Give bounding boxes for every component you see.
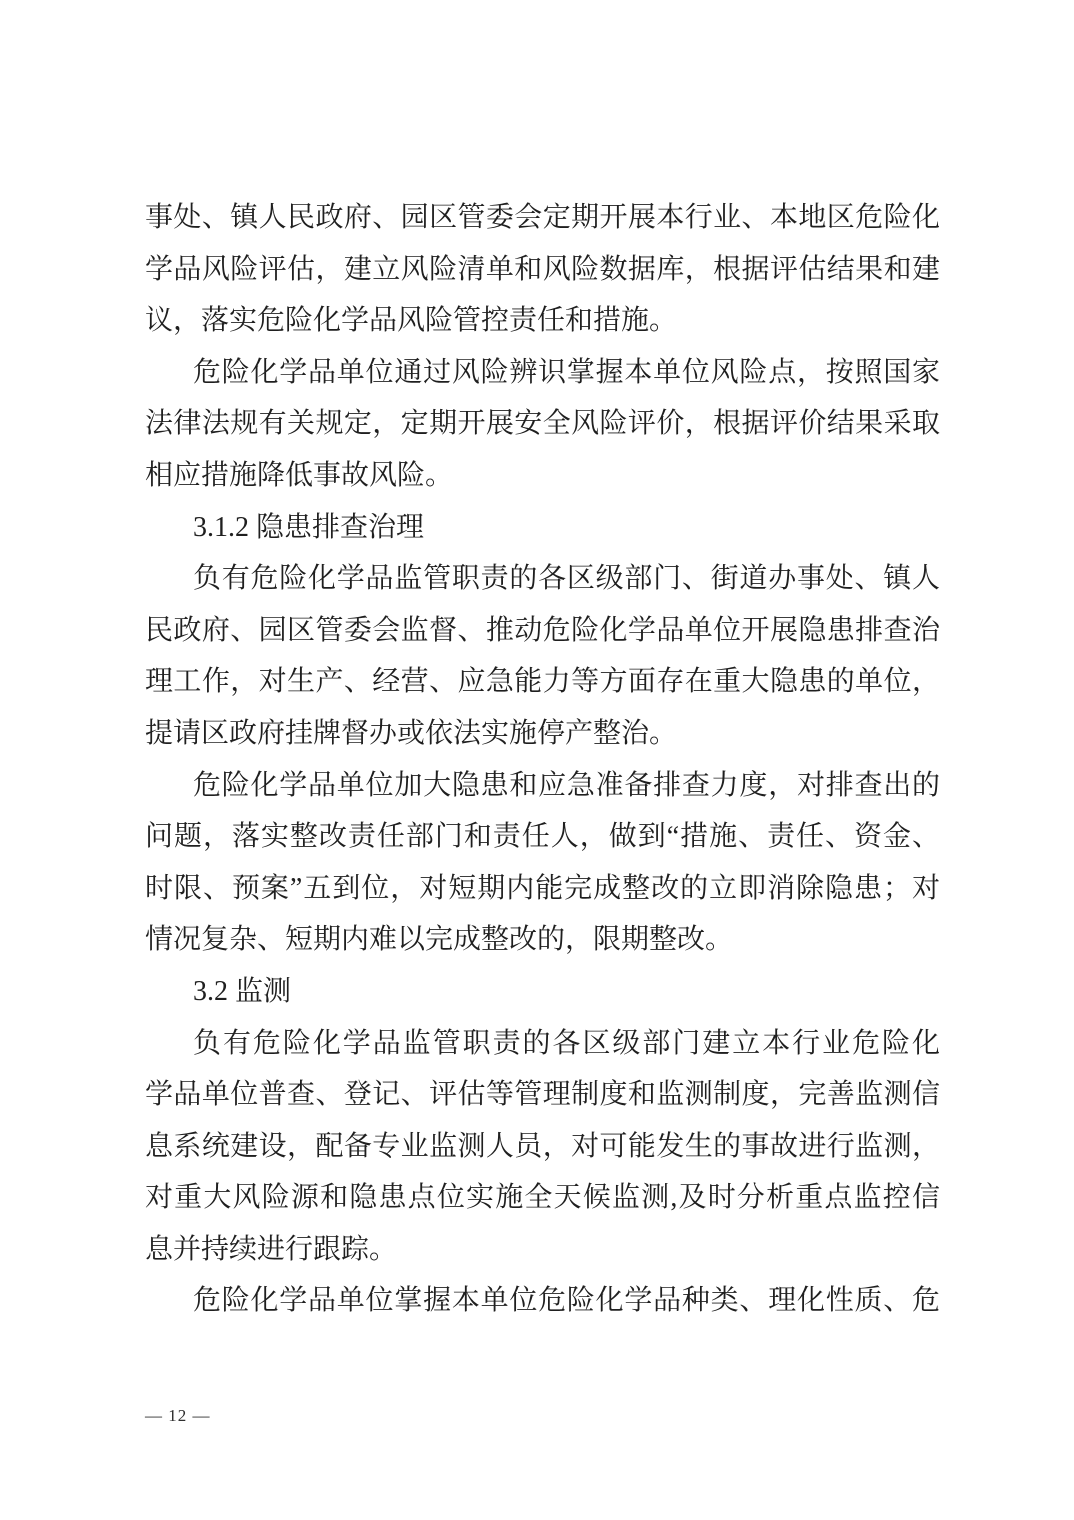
text-line: 情况复杂、短期内难以完成整改的，限期整改。 <box>145 914 940 966</box>
text-line: 事处、镇人民政府、园区管委会定期开展本行业、本地区危险化 <box>145 192 940 244</box>
text-line: 对重大风险源和隐患点位实施全天候监测,及时分析重点监控信 <box>145 1172 940 1224</box>
text-line: 危险化学品单位通过风险辨识掌握本单位风险点，按照国家 <box>145 347 940 399</box>
text-line: 法律法规有关规定，定期开展安全风险评价，根据评价结果采取 <box>145 398 940 450</box>
text-block: 事处、镇人民政府、园区管委会定期开展本行业、本地区危险化 学品风险评估，建立风险… <box>145 192 940 1327</box>
page-number: — 12 — <box>145 1404 211 1428</box>
text-line: 负有危险化学品监管职责的各区级部门、街道办事处、镇人 <box>145 553 940 605</box>
text-line: 负有危险化学品监管职责的各区级部门建立本行业危险化 <box>145 1018 940 1070</box>
heading-3-2: 3.2 监测 <box>145 966 940 1018</box>
text-line: 息并持续进行跟踪。 <box>145 1224 940 1276</box>
text-line: 提请区政府挂牌督办或依法实施停产整治。 <box>145 708 940 760</box>
text-line: 息系统建设，配备专业监测人员，对可能发生的事故进行监测， <box>145 1121 940 1173</box>
heading-3-1-2: 3.1.2 隐患排查治理 <box>145 502 940 554</box>
text-line: 民政府、园区管委会监督、推动危险化学品单位开展隐患排查治 <box>145 605 940 657</box>
text-line: 学品风险评估，建立风险清单和风险数据库，根据评估结果和建 <box>145 244 940 296</box>
text-line: 议，落实危险化学品风险管控责任和措施。 <box>145 295 940 347</box>
text-line: 相应措施降低事故风险。 <box>145 450 940 502</box>
text-line: 学品单位普查、登记、评估等管理制度和监测制度，完善监测信 <box>145 1069 940 1121</box>
text-line: 理工作，对生产、经营、应急能力等方面存在重大隐患的单位， <box>145 656 940 708</box>
text-line: 时限、预案”五到位，对短期内能完成整改的立即消除隐患；对 <box>145 863 940 915</box>
text-line: 危险化学品单位掌握本单位危险化学品种类、理化性质、危 <box>145 1275 940 1327</box>
document-page: 事处、镇人民政府、园区管委会定期开展本行业、本地区危险化 学品风险评估，建立风险… <box>0 0 1074 1520</box>
text-line: 危险化学品单位加大隐患和应急准备排查力度，对排查出的 <box>145 760 940 812</box>
text-line: 问题，落实整改责任部门和责任人，做到“措施、责任、资金、 <box>145 811 940 863</box>
